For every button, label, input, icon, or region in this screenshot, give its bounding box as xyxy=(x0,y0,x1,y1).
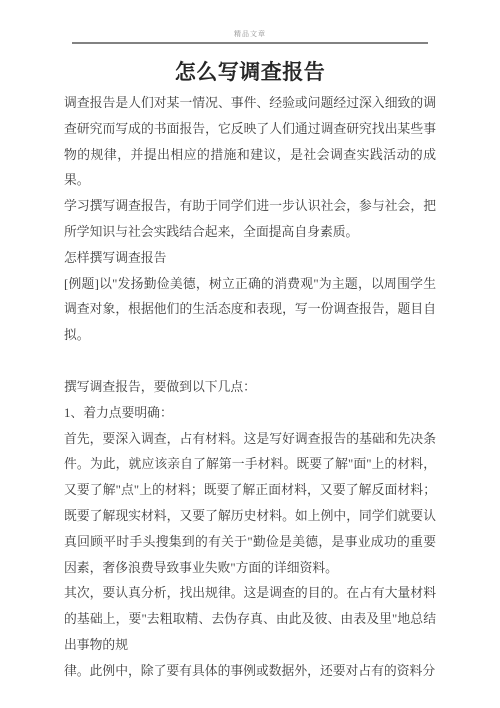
page-header: 精品文章 xyxy=(72,29,428,44)
intro-paragraph: 调查报告是人们对某一情况、事件、经验或问题经过深入细致的调查研究而写成的书面报告… xyxy=(64,91,436,194)
continuation-paragraph: 律。此例中，除了要有具体的事例或数据外，还要对占有的资料分 xyxy=(64,659,436,685)
document-body: 调查报告是人们对某一情况、事件、经验或问题经过深入细致的调查研究而写成的书面报告… xyxy=(64,91,436,685)
header-divider xyxy=(72,42,428,44)
first-point-paragraph: 首先，要深入调查，占有材料。这是写好调查报告的基础和先决条件。为此，就应该亲自了… xyxy=(64,427,436,582)
page-title: 怎么写调查报告 xyxy=(0,59,500,85)
document-page: 精品文章 怎么写调查报告 调查报告是人们对某一情况、事件、经验或问题经过深入细致… xyxy=(0,0,500,708)
header-watermark-label: 精品文章 xyxy=(72,29,428,39)
section-heading: 怎样撰写调查报告 xyxy=(64,246,436,272)
second-point-paragraph: 其次，要认真分析，找出规律。这是调查的目的。在占有大量材料的基础上，要"去粗取精… xyxy=(64,581,436,658)
example-question-paragraph: [例题]以"发扬勤俭美德，树立正确的消费观"为主题，以周围学生调查对象，根据他们… xyxy=(64,272,436,349)
purpose-paragraph: 学习撰写调查报告，有助于同学们进一步认识社会，参与社会，把所学知识与社会实践结合… xyxy=(64,194,436,246)
list-item-1-heading: 1、着力点要明确： xyxy=(64,401,436,427)
list-intro-paragraph: 撰写调查报告，要做到以下几点： xyxy=(64,375,436,401)
